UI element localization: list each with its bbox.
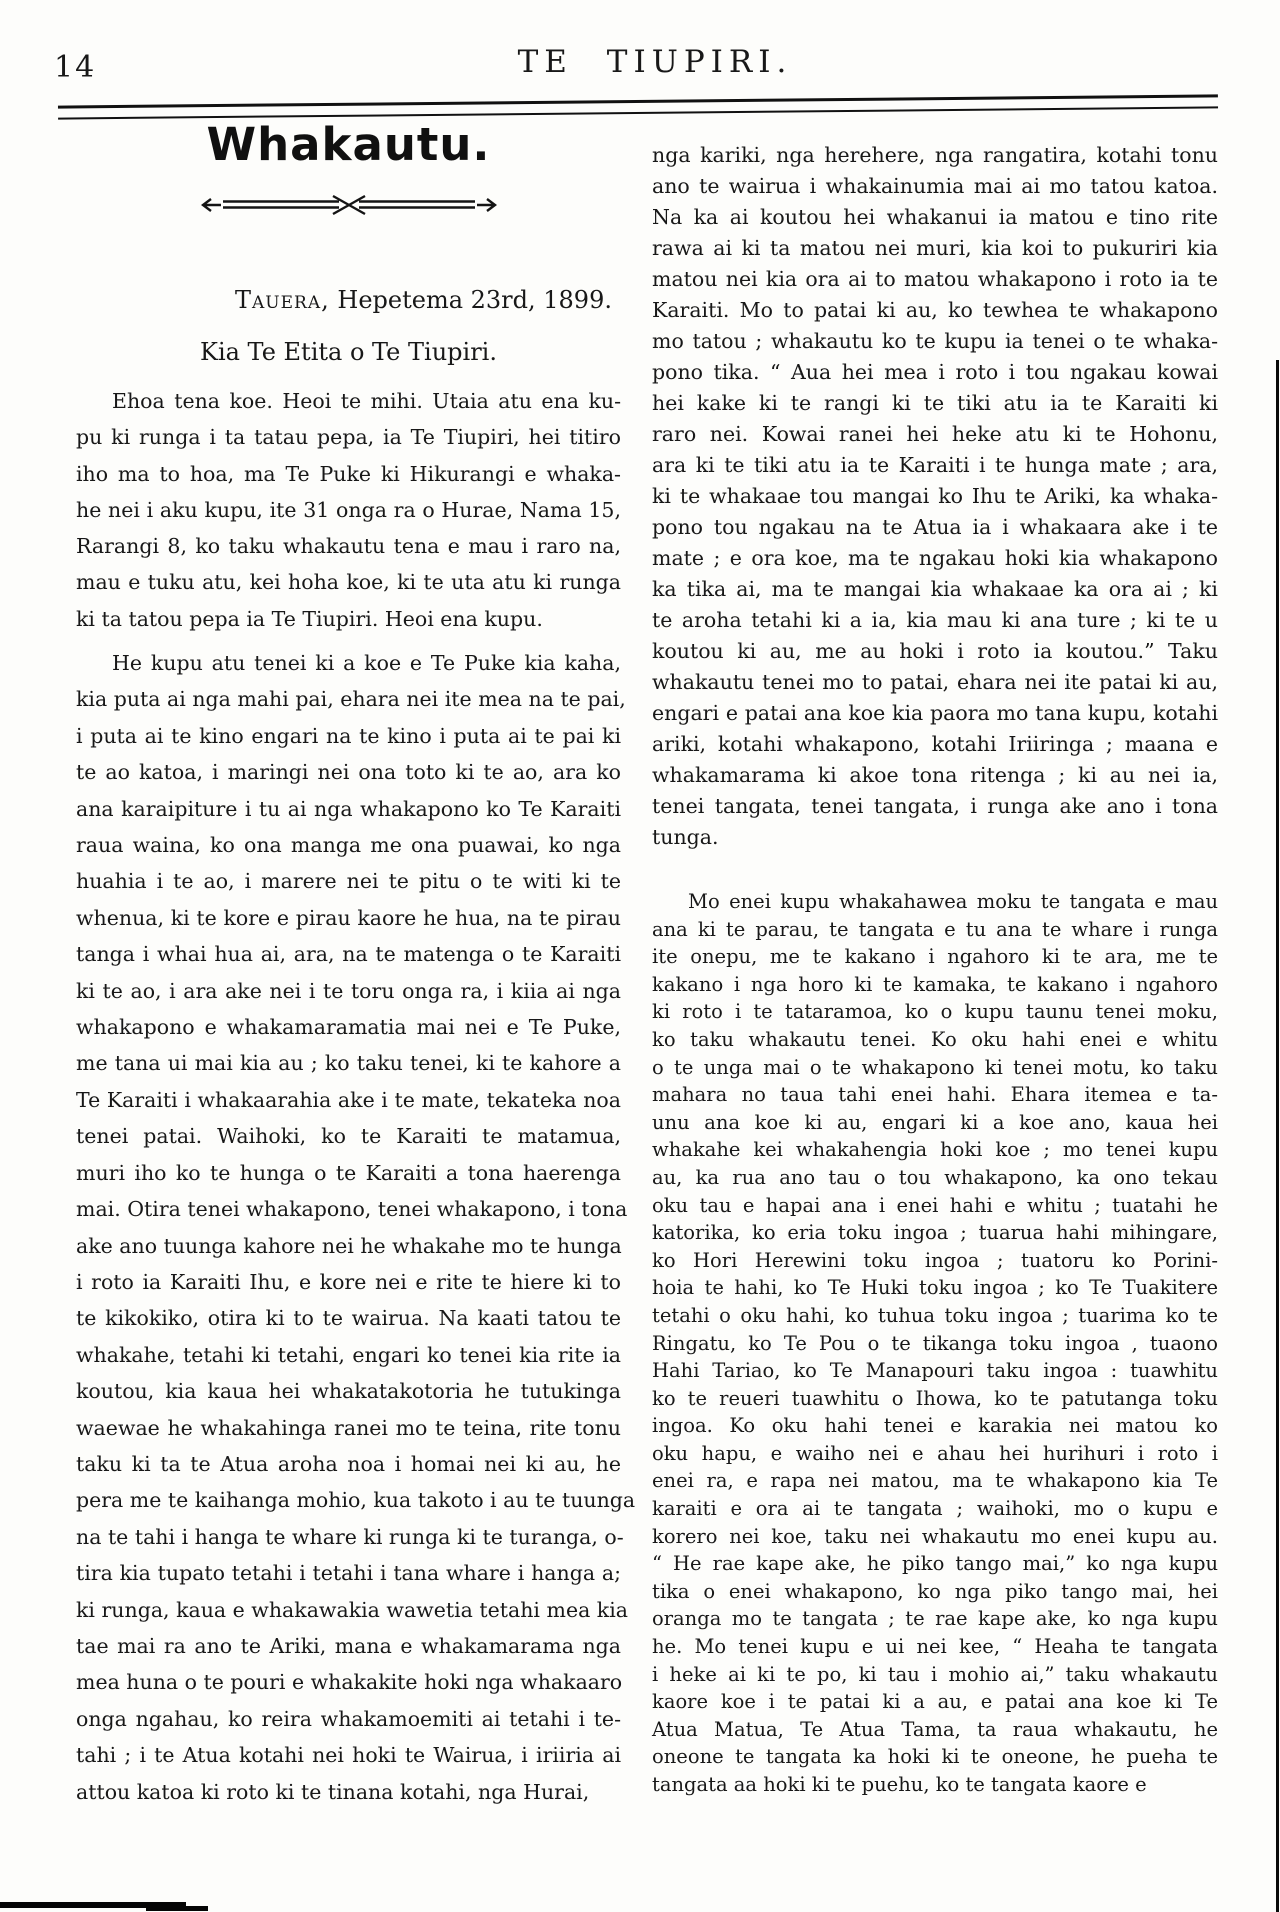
section-divider-icon <box>199 192 499 218</box>
text-line: Atua Matua, Te Atua Tama, ta raua whakau… <box>652 1716 1218 1744</box>
text-line: oranga mo te tangata ; te rae kape ake, … <box>652 1605 1218 1633</box>
text-line: huahia i te ao, i marere nei te pitu o t… <box>76 863 621 899</box>
text-line: au, ka rua ano tau o tou whakapono, ka o… <box>652 1164 1218 1192</box>
text-line: ingoa. Ko oku hahi tenei e karakia nei m… <box>652 1412 1218 1440</box>
text-line: whakapono e whakamaramatia mai nei e Te … <box>76 1009 621 1045</box>
text-line: ki te ao, i ara ake nei i te toru onga r… <box>76 973 621 1009</box>
article-heading: Whakautu. <box>76 118 621 171</box>
text-line: tunga. <box>652 822 1218 853</box>
salutation: Kia Te Etita o Te Tiupiri. <box>76 338 621 366</box>
text-line: te kikokiko, otira ki to te wairua. Na k… <box>76 1300 621 1336</box>
text-line: pono tou ngakau na te Atua ia i whakaara… <box>652 512 1218 543</box>
text-line: karaiti e ora ai te tangata ; waihoki, m… <box>652 1495 1218 1523</box>
text-line: raro nei. Kowai ranei hei heke atu ki te… <box>652 419 1218 450</box>
text-line: engari e patai ana koe kia paora mo tana… <box>652 698 1218 729</box>
text-line: te aroha tetahi ki a ia, kia mau ki ana … <box>652 605 1218 636</box>
text-line: ana ki te parau, te tangata e tu ana te … <box>652 916 1218 944</box>
text-line: kia puta ai nga mahi pai, ehara nei ite … <box>76 681 621 717</box>
text-line: onga ngahau, ko reira whakamoemiti ai te… <box>76 1701 621 1737</box>
text-line: attou katoa ki roto ki te tinana kotahi,… <box>76 1774 621 1810</box>
text-line: pono tika. “ Aua hei mea i roto i tou ng… <box>652 357 1218 388</box>
section-divider-ornament <box>76 192 621 222</box>
scan-edge-line <box>1276 360 1279 1912</box>
text-line: Mo enei kupu whakahawea moku te tangata … <box>652 888 1218 916</box>
text-line: matou nei kia ora ai to matou whakapono … <box>652 264 1218 295</box>
text-line: oku hapu, e waiho nei e ahau hei hurihur… <box>652 1440 1218 1468</box>
text-line: korero nei koe, taku nei whakautu mo ene… <box>652 1523 1218 1551</box>
text-line: enei ra, e rapa nei matou, ma te whakapo… <box>652 1467 1218 1495</box>
text-line: pu ki runga i ta tatau pepa, ia Te Tiupi… <box>76 419 621 455</box>
text-line: ara ki te tiki atu ia te Karaiti i te hu… <box>652 450 1218 481</box>
text-line: he. Mo tenei kupu e ui nei kee, “ Heaha … <box>652 1633 1218 1661</box>
paragraph-left-1: Ehoa tena koe. Heoi te mihi. Utaia atu e… <box>76 383 621 637</box>
paragraph-left-2: He kupu atu tenei ki a koe e Te Puke kia… <box>76 645 621 1810</box>
text-line: katorika, ko eria toku ingoa ; tuarua ha… <box>652 1219 1218 1247</box>
text-line: mahara no taua tahi enei hahi. Ehara ite… <box>652 1081 1218 1109</box>
text-line: iho ma to hoa, ma Te Puke ki Hikurangi e… <box>76 456 621 492</box>
text-line: Hahi Tariao, ko Te Manapouri taku ingoa … <box>652 1357 1218 1385</box>
text-line: mate ; e ora koe, ma te ngakau hoki kia … <box>652 543 1218 574</box>
text-line: tenei tangata, tenei tangata, i runga ak… <box>652 791 1218 822</box>
text-line: muri iho ko te hunga o te Karaiti a tona… <box>76 1155 621 1191</box>
text-line: ano te wairua i whakainumia mai ai mo ta… <box>652 171 1218 202</box>
text-line: ite onepu, me te kakano i ngahoro ki te … <box>652 943 1218 971</box>
text-line: ariki, kotahi whakapono, kotahi Iriiring… <box>652 729 1218 760</box>
text-line: Te Karaiti i whakaarahia ake i te mate, … <box>76 1082 621 1118</box>
text-line: hei kake ki te rangi ki te tiki atu ia t… <box>652 388 1218 419</box>
newspaper-page: 14 TE TIUPIRI. Whakautu. Tauera, Hepetem… <box>0 0 1280 1912</box>
text-line: taku ki ta te Atua aroha noa i homai nei… <box>76 1446 621 1482</box>
text-line: mea huna o te pouri e whakakite hoki nga… <box>76 1664 621 1700</box>
text-line: kakano i nga horo ki te kamaka, te kakan… <box>652 971 1218 999</box>
text-line: Ringatu, ko Te Pou o te tikanga toku ing… <box>652 1330 1218 1358</box>
text-line: ka tika ai, ma te mangai kia whakaae ka … <box>652 574 1218 605</box>
text-line: ana karaipiture i tu ai nga whakapono ko… <box>76 791 621 827</box>
text-line: oneone te tangata ka hoki ki te oneone, … <box>652 1743 1218 1771</box>
left-column: Whakautu. Tauera, Hepetema 23rd, 1899. K… <box>76 0 621 1912</box>
text-line: o te unga mai o te whakapono ki tenei mo… <box>652 1054 1218 1082</box>
text-line: i puta ai te kino engari na te kino i pu… <box>76 718 621 754</box>
text-line: tika o enei whakapono, ko nga piko tango… <box>652 1578 1218 1606</box>
text-line: whakahe kei whakahengia hoki koe ; mo te… <box>652 1136 1218 1164</box>
text-line: mo tatou ; whakautu ko te kupu ia tenei … <box>652 326 1218 357</box>
text-line: ko Hori Herewini toku ingoa ; tuatoru ko… <box>652 1247 1218 1275</box>
scan-ink-smudge-small <box>146 1906 208 1911</box>
paragraph-right-1: nga kariki, nga herehere, nga rangatira,… <box>652 140 1218 853</box>
text-line: Ehoa tena koe. Heoi te mihi. Utaia atu e… <box>76 383 621 419</box>
text-line: kaore koe i te patai ki a au, e patai an… <box>652 1688 1218 1716</box>
dateline-date: Hepetema 23rd, 1899. <box>337 286 612 314</box>
text-line: hoia te hahi, ko Te Huki toku ingoa ; ko… <box>652 1274 1218 1302</box>
dateline: Tauera, Hepetema 23rd, 1899. <box>76 286 621 314</box>
text-line: rawa ai ki ta matou nei muri, kia koi to… <box>652 233 1218 264</box>
text-line: tae mai ra ano te Ariki, mana e whakamar… <box>76 1628 621 1664</box>
text-line: i roto ia Karaiti Ihu, e kore nei e rite… <box>76 1264 621 1300</box>
text-line: tenei patai. Waihoki, ko te Karaiti te m… <box>76 1118 621 1154</box>
text-line: nga kariki, nga herehere, nga rangatira,… <box>652 140 1218 171</box>
text-line: tahi ; i te Atua kotahi nei hoki te Wair… <box>76 1737 621 1773</box>
text-line: oku tau e hapai ana i enei hahi e whitu … <box>652 1192 1218 1220</box>
right-column: nga kariki, nga herehere, nga rangatira,… <box>652 0 1218 1912</box>
text-line: tanga i whai hua ai, ara, na te matenga … <box>76 936 621 972</box>
text-line: te ao katoa, i maringi nei ona toto ki t… <box>76 754 621 790</box>
text-line: koutou, kia kaua hei whakatakotoria he t… <box>76 1373 621 1409</box>
text-line: ko taku whakautu tenei. Ko oku hahi enei… <box>652 1026 1218 1054</box>
text-line: me tana ui mai kia au ; ko taku tenei, k… <box>76 1045 621 1081</box>
text-line: He kupu atu tenei ki a koe e Te Puke kia… <box>76 645 621 681</box>
text-line: ki ta tatou pepa ia Te Tiupiri. Heoi ena… <box>76 601 621 637</box>
text-line: tira kia tupato tetahi i tetahi i tana w… <box>76 1555 621 1591</box>
text-line: raua waina, ko ona manga me ona puawai, … <box>76 827 621 863</box>
text-line: ki runga, kaua e whakawakia wawetia teta… <box>76 1592 621 1628</box>
text-line: ki roto i te tataramoa, ko o kupu taunu … <box>652 998 1218 1026</box>
text-line: Karaiti. Mo to patai ki au, ko tewhea te… <box>652 295 1218 326</box>
text-line: ko te reueri tuawhitu o Ihowa, ko te pat… <box>652 1385 1218 1413</box>
text-line: i heke ai ki te po, ki tau i mohio ai,” … <box>652 1661 1218 1689</box>
text-line: he nei i aku kupu, ite 31 onga ra o Hura… <box>76 492 621 528</box>
text-line: unu ana koe ki au, engari ki a koe ano, … <box>652 1109 1218 1137</box>
text-line: waewae he whakahinga ranei mo te teina, … <box>76 1410 621 1446</box>
text-line: ki te whakaae tou mangai ko Ihu te Ariki… <box>652 481 1218 512</box>
text-line: ake ano tuunga kahore nei he whakahe mo … <box>76 1228 621 1264</box>
text-line: “ He rae kape ake, he piko tango mai,” k… <box>652 1550 1218 1578</box>
text-line: mai. Otira tenei whakapono, tenei whakap… <box>76 1191 621 1227</box>
text-line: whakamarama ki akoe tona ritenga ; ki au… <box>652 760 1218 791</box>
text-line: whakautu tenei mo to patai, ehara nei it… <box>652 667 1218 698</box>
text-line: Rarangi 8, ko taku whakautu tena e mau i… <box>76 528 621 564</box>
dateline-place: Tauera, <box>235 286 330 314</box>
text-line: na te tahi i hanga te whare ki runga ki … <box>76 1519 621 1555</box>
text-line: koutou ki au, me au hoki i roto ia kouto… <box>652 636 1218 667</box>
paragraph-right-2: Mo enei kupu whakahawea moku te tangata … <box>652 888 1218 1799</box>
text-line: mau e tuku atu, kei hoha koe, ki te uta … <box>76 564 621 600</box>
text-line: tetahi o oku hahi, ko tuhua toku ingoa ;… <box>652 1302 1218 1330</box>
text-line: tangata aa hoki ki te puehu, ko te tanga… <box>652 1771 1218 1799</box>
text-line: whakahe, tetahi ki tetahi, engari ko ten… <box>76 1337 621 1373</box>
text-line: pera me te kaihanga mohio, kua takoto i … <box>76 1482 621 1518</box>
text-line: Na ka ai koutou hei whakanui ia matou e … <box>652 202 1218 233</box>
text-line: whenua, ki te kore e pirau kaore he hua,… <box>76 900 621 936</box>
